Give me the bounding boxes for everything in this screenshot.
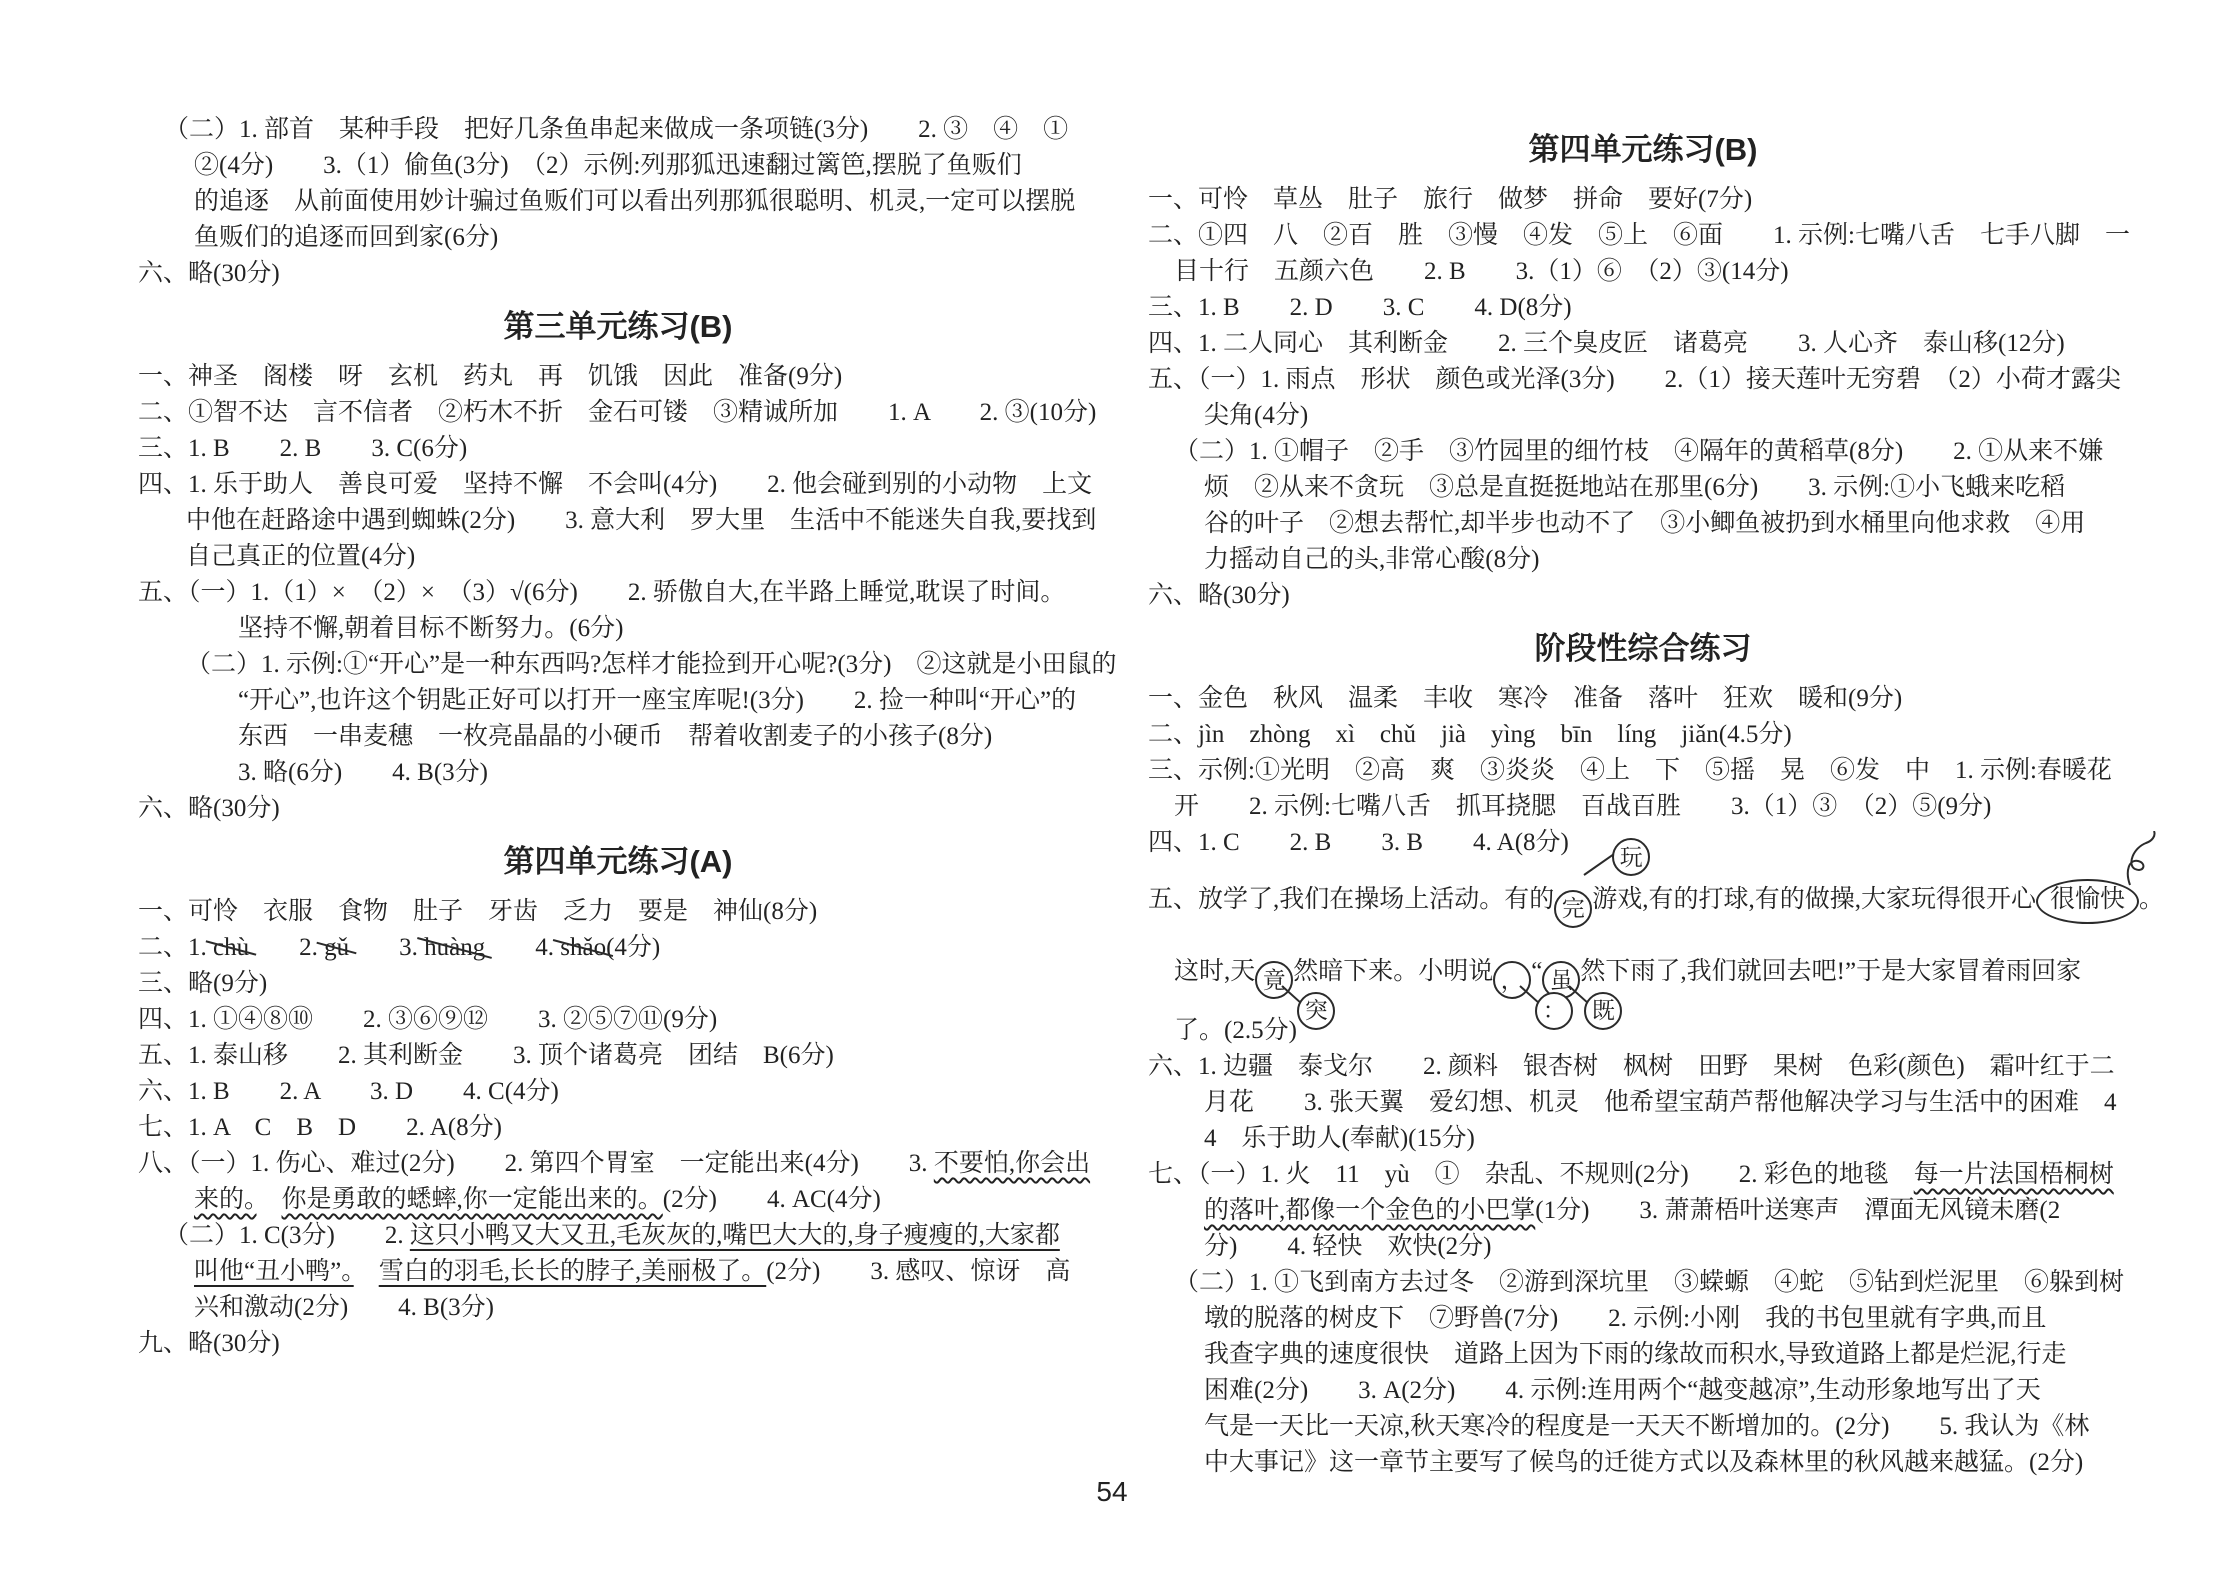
circled-correct-char: 既 bbox=[1584, 992, 1622, 1030]
answer-line: 月花 3. 张天翼 爱幻想、机灵 他希望宝葫芦帮他解决学习与生活中的困难 4 bbox=[1148, 1085, 2138, 1121]
answer-text: （二）1. C(3分) 2. bbox=[164, 1222, 410, 1249]
wavy-underlined-text: 你是勇敢的蟋蟀,你一定能出来的。 bbox=[282, 1186, 663, 1213]
answer-line: “开心”,也许这个钥匙正好可以打开一座宝库呢!(3分) 2. 捡一种叫“开心”的 bbox=[138, 683, 1098, 719]
answer-line: 八、（一）1. 伤心、难过(2分) 2. 第四个胃室 一定能出来(4分) 3. … bbox=[138, 1146, 1098, 1182]
answer-line: 四、1. ①④⑧⑩ 2. ③⑥⑨⑫ 3. ②⑤⑦⑪(9分) bbox=[138, 1002, 1098, 1038]
answer-text: 五、放学了,我们在操场上活动。有的 bbox=[1148, 886, 1554, 913]
left-column: （二）1. 部首 某种手段 把好几条鱼串起来做成一条项链(3分) 2. ③ ④ … bbox=[138, 0, 1098, 1362]
answer-line: 来的。 你是勇敢的蟋蟀,你一定能出来的。(2分) 4. AC(4分) bbox=[138, 1182, 1098, 1218]
underlined-text: 雪白的羽毛,长长的脖子,美丽极了。 bbox=[379, 1258, 767, 1285]
answer-line: 一、可怜 草丛 肚子 旅行 做梦 拼命 要好(7分) bbox=[1148, 182, 2138, 218]
answer-line: 3. 略(6分) 4. B(3分) bbox=[138, 755, 1098, 791]
answer-text: 游戏,有的打球,有的做操,大家玩得很开心 bbox=[1592, 886, 2036, 913]
answer-line: 坚持不懈,朝着目标不断努力。(6分) bbox=[138, 611, 1098, 647]
proof-sentence-3: 了。(2.5分) bbox=[1148, 1013, 2138, 1049]
circled-wrong-char: ， bbox=[1493, 961, 1531, 999]
answer-line: 力摇动自己的头,非常心酸(8分) bbox=[1148, 542, 2138, 578]
slashed-pinyin: gǔ bbox=[324, 930, 349, 966]
answer-line: 尖角(4分) bbox=[1148, 398, 2138, 434]
answer-line: （二）1. ①帽子 ②手 ③竹园里的细竹枝 ④隔年的黄稻草(8分) 2. ①从来… bbox=[1148, 434, 2138, 470]
slashed-pinyin: chù bbox=[213, 930, 249, 966]
answer-line: 六、略(30分) bbox=[138, 256, 1098, 292]
page-number: 54 bbox=[1072, 1476, 1152, 1508]
answer-line: 二、①四 八 ②百 胜 ③慢 ④发 ⑤上 ⑥面 1. 示例:七嘴八舌 七手八脚 … bbox=[1148, 218, 2138, 254]
answer-line: 六、1. B 2. A 3. D 4. C(4分) bbox=[138, 1074, 1098, 1110]
answer-line: 自己真正的位置(4分) bbox=[138, 539, 1098, 575]
answer-line: 三、示例:①光明 ②高 爽 ③炎炎 ④上 下 ⑤摇 晃 ⑥发 中 1. 示例:春… bbox=[1148, 753, 2138, 789]
circled-correct-char: 突 bbox=[1297, 992, 1335, 1030]
item-label: 二、1. bbox=[138, 934, 213, 961]
answer-text: 然下雨了,我们就回去吧!”于是大家冒着雨回家 bbox=[1580, 958, 2081, 985]
answer-line: 4 乐于助人(奉献)(15分) bbox=[1148, 1121, 2138, 1157]
answer-line: 五、（一）1. 雨点 形状 颜色或光泽(3分) 2.（1）接天莲叶无穷碧 （2）… bbox=[1148, 362, 2138, 398]
proof-sentence-2: 这时,天竟突然暗下来。小明说，：“虽既然下雨了,我们就回去吧!”于是大家冒着雨回… bbox=[1148, 954, 2138, 1000]
answer-line: 六、1. 边疆 泰戈尔 2. 颜料 银杏树 枫树 田野 果树 色彩(颜色) 霜叶… bbox=[1148, 1049, 2138, 1085]
underlined-text: 这只小鸭又大又丑,毛灰灰的,嘴巴大大的,身子瘦瘦的,大家都 bbox=[410, 1222, 1060, 1249]
wavy-underlined-text: 的落叶,都像一个金色的小巴掌 bbox=[1204, 1197, 1535, 1224]
answer-line: 兴和激动(2分) 4. B(3分) bbox=[138, 1290, 1098, 1326]
delete-squiggle-icon bbox=[2119, 831, 2163, 887]
answer-line: 六、略(30分) bbox=[1148, 578, 2138, 614]
answer-line: 二、①智不达 言不信者 ②朽木不折 金石可镂 ③精诚所加 1. A 2. ③(1… bbox=[138, 395, 1098, 431]
section-title-unit3b: 第三单元练习(B) bbox=[138, 307, 1098, 347]
answer-line: 开 2. 示例:七嘴八舌 抓耳挠腮 百战百胜 3.（1）③ （2）⑤(9分) bbox=[1148, 789, 2138, 825]
answer-line: 七、1. A C B D 2. A(8分) bbox=[138, 1110, 1098, 1146]
answer-line: 七、（一）1. 火 11 yù ① 杂乱、不规则(2分) 2. 彩色的地毯 每一… bbox=[1148, 1157, 2138, 1193]
wavy-underlined-text: 来的。 bbox=[194, 1186, 257, 1213]
section-title-comprehensive: 阶段性综合练习 bbox=[1148, 629, 2138, 669]
right-column: 第四单元练习(B) 一、可怜 草丛 肚子 旅行 做梦 拼命 要好(7分) 二、①… bbox=[1148, 0, 2138, 1481]
slashed-pinyin: shǎo bbox=[560, 930, 606, 966]
answer-text: (2分) 4. AC(4分) bbox=[663, 1186, 881, 1213]
item-label: 3. bbox=[349, 934, 424, 961]
section-title-unit4a: 第四单元练习(A) bbox=[138, 842, 1098, 882]
answer-line: 二、jìn zhòng xì chǔ jià yìng bīn líng jiǎ… bbox=[1148, 717, 2138, 753]
answer-line: 分) 4. 轻快 欢快(2分) bbox=[1148, 1229, 2138, 1265]
proof-correction-tu: 竟突 bbox=[1255, 954, 1293, 1000]
answer-line: 困难(2分) 3. A(2分) 4. 示例:连用两个“越变越凉”,生动形象地写出… bbox=[1148, 1373, 2138, 1409]
answer-line: （二）1. ①飞到南方去过冬 ②游到深坑里 ③蝾螈 ④蛇 ⑤钻到烂泥里 ⑥躲到树 bbox=[1148, 1265, 2138, 1301]
answer-line: （二）1. 部首 某种手段 把好几条鱼串起来做成一条项链(3分) 2. ③ ④ … bbox=[138, 112, 1098, 148]
circled-wrong-char: 竟 bbox=[1255, 961, 1293, 999]
answer-text: 这时,天 bbox=[1174, 958, 1255, 985]
answer-line: 气是一天比一天凉,秋天寒冷的程度是一天天不断增加的。(2分) 5. 我认为《林 bbox=[1148, 1409, 2138, 1445]
answer-line: 目十行 五颜六色 2. B 3.（1）⑥ （2）③(14分) bbox=[1148, 254, 2138, 290]
answer-line: ②(4分) 3.（1）偷鱼(3分) （2）示例:列那狐迅速翻过篱笆,摆脱了鱼贩们 bbox=[138, 148, 1098, 184]
answer-line: 三、1. B 2. B 3. C(6分) bbox=[138, 431, 1098, 467]
answer-text: 然暗下来。小明说 bbox=[1293, 958, 1493, 985]
answer-line: 五、1. 泰山移 2. 其利断金 3. 顶个诸葛亮 团结 B(6分) bbox=[138, 1038, 1098, 1074]
answer-line: 三、略(9分) bbox=[138, 966, 1098, 1002]
circled-correct-char: 玩 bbox=[1612, 838, 1650, 876]
slashed-pinyin: huàng bbox=[424, 930, 485, 966]
wavy-underlined-text: 不要怕,你会出 bbox=[934, 1150, 1090, 1177]
answer-line: 六、略(30分) bbox=[138, 791, 1098, 827]
answer-key-page: （二）1. 部首 某种手段 把好几条鱼串起来做成一条项链(3分) 2. ③ ④ … bbox=[0, 0, 2220, 1571]
answer-line: （二）1. 示例:①“开心”是一种东西吗?怎样才能捡到开心呢?(3分) ②这就是… bbox=[138, 647, 1098, 683]
answer-text bbox=[257, 1186, 282, 1213]
answer-line-pinyin: 二、1. chù 2. gǔ 3. huàng 4. shǎo(4分) bbox=[138, 930, 1098, 966]
answer-text: 八、（一）1. 伤心、难过(2分) 2. 第四个胃室 一定能出来(4分) 3. bbox=[138, 1150, 934, 1177]
answer-line: （二）1. C(3分) 2. 这只小鸭又大又丑,毛灰灰的,嘴巴大大的,身子瘦瘦的… bbox=[138, 1218, 1098, 1254]
item-label: 2. bbox=[249, 934, 324, 961]
answer-text: “ bbox=[1531, 958, 1542, 985]
wavy-underlined-text: 每一片法国梧桐树 bbox=[1914, 1161, 2114, 1188]
proof-correction-wan: 完玩 bbox=[1554, 882, 1592, 928]
answer-text: (1分) 3. 萧萧梧叶送寒声 潭面无风镜未磨(2 bbox=[1535, 1197, 2060, 1224]
answer-text bbox=[354, 1258, 379, 1285]
answer-text: 七、（一）1. 火 11 yù ① 杂乱、不规则(2分) 2. 彩色的地毯 bbox=[1148, 1161, 1914, 1188]
proof-correction-colon: ，： bbox=[1493, 954, 1531, 1000]
circled-correct-char: ： bbox=[1535, 992, 1573, 1030]
answer-line: 一、神圣 阁楼 呀 玄机 药丸 再 饥饿 因此 准备(9分) bbox=[138, 359, 1098, 395]
answer-line: 烦 ②从来不贪玩 ③总是直挺挺地站在那里(6分) 3. 示例:①小飞蛾来吃稻 bbox=[1148, 470, 2138, 506]
answer-line: 五、（一）1.（1）× （2）× （3）√(6分) 2. 骄傲自大,在半路上睡觉… bbox=[138, 575, 1098, 611]
answer-line: 我查字典的速度很快 道路上因为下雨的缘故而积水,导致道路上都是烂泥,行走 bbox=[1148, 1337, 2138, 1373]
section-title-unit4b: 第四单元练习(B) bbox=[1148, 130, 2138, 170]
score-label: (4分) bbox=[606, 934, 660, 961]
answer-line: 一、金色 秋风 温柔 丰收 寒冷 准备 落叶 狂欢 暖和(9分) bbox=[1148, 681, 2138, 717]
answer-line: 中大事记》这一章节主要写了候鸟的迁徙方式以及森林里的秋风越来越猛。(2分) bbox=[1148, 1445, 2138, 1481]
circled-wrong-char: 完 bbox=[1554, 890, 1592, 928]
proof-sentence-1: 五、放学了,我们在操场上活动。有的完玩游戏,有的打球,有的做操,大家玩得很开心很… bbox=[1148, 879, 2138, 928]
item-label: 4. bbox=[485, 934, 560, 961]
answer-text: (2分) 3. 感叹、惊讶 高 bbox=[766, 1258, 1070, 1285]
answer-line: 一、可怜 衣服 食物 肚子 牙齿 乏力 要是 神仙(8分) bbox=[138, 894, 1098, 930]
answer-line: 鱼贩们的追逐而回到家(6分) bbox=[138, 220, 1098, 256]
answer-line: 东西 一串麦穗 一枚亮晶晶的小硬币 帮着收割麦子的小孩子(8分) bbox=[138, 719, 1098, 755]
answer-line: 墩的脱落的树皮下 ⑦野兽(7分) 2. 示例:小刚 我的书包里就有字典,而且 bbox=[1148, 1301, 2138, 1337]
answer-line: 的追逐 从前面使用妙计骗过鱼贩们可以看出列那狐很聪明、机灵,一定可以摆脱 bbox=[138, 184, 1098, 220]
answer-line: 四、1. 二人同心 其利断金 2. 三个臭皮匠 诸葛亮 3. 人心齐 泰山移(1… bbox=[1148, 326, 2138, 362]
underlined-text: 叫他“丑小鸭”。 bbox=[194, 1258, 354, 1285]
answer-text: 。 bbox=[2139, 886, 2164, 913]
answer-line: 叫他“丑小鸭”。 雪白的羽毛,长长的脖子,美丽极了。(2分) 3. 感叹、惊讶 … bbox=[138, 1254, 1098, 1290]
answer-line: 四、1. 乐于助人 善良可爱 坚持不懈 不会叫(4分) 2. 他会碰到别的小动物… bbox=[138, 467, 1098, 503]
answer-line: 三、1. B 2. D 3. C 4. D(8分) bbox=[1148, 290, 2138, 326]
answer-line: 中他在赶路途中遇到蜘蛛(2分) 3. 意大利 罗大里 生活中不能迷失自我,要找到 bbox=[138, 503, 1098, 539]
deletion-group: 很愉快 bbox=[2036, 879, 2139, 924]
answer-line: 谷的叶子 ②想去帮忙,却半步也动不了 ③小鲫鱼被扔到水桶里向他求救 ④用 bbox=[1148, 506, 2138, 542]
answer-line: 九、略(30分) bbox=[138, 1326, 1098, 1362]
answer-line: 的落叶,都像一个金色的小巴掌(1分) 3. 萧萧梧叶送寒声 潭面无风镜未磨(2 bbox=[1148, 1193, 2138, 1229]
